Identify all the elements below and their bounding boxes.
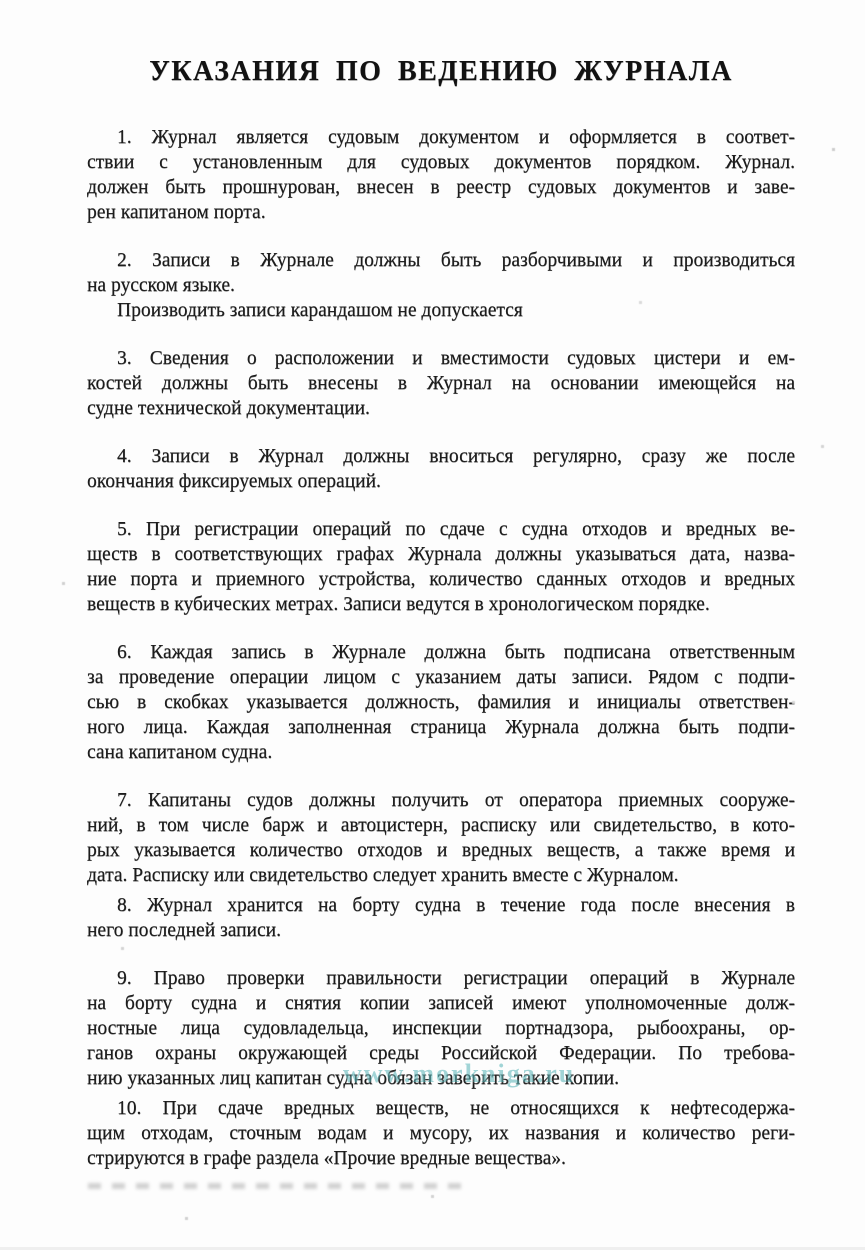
text-line: 8. Журнал хранится на борту судна в тече… bbox=[87, 893, 795, 918]
text-line: ществ в соответствующих графах Журнала д… bbox=[87, 542, 795, 567]
text-line: за проведение операции лицом с указанием… bbox=[87, 665, 795, 690]
paragraph: 8. Журнал хранится на борту судна в тече… bbox=[87, 893, 795, 943]
text-line: щим отходам, сточным водам и мусору, их … bbox=[87, 1121, 795, 1146]
text-line: 6. Каждая запись в Журнале должна быть п… bbox=[87, 640, 795, 665]
text-line: стрируются в графе раздела «Прочие вредн… bbox=[87, 1146, 795, 1171]
text-line: костей должны быть внесены в Журнал на о… bbox=[87, 371, 795, 396]
text-line: 1. Журнал является судовым документом и … bbox=[87, 125, 795, 150]
paragraph: 6. Каждая запись в Журнале должна быть п… bbox=[87, 640, 795, 765]
paragraph: 7. Капитаны судов должны получить от опе… bbox=[87, 788, 795, 888]
document-page: УКАЗАНИЯ ПО ВЕДЕНИЮ ЖУРНАЛА 1. Журнал яв… bbox=[0, 0, 865, 1250]
text-line: судне технической документации. bbox=[87, 396, 795, 421]
text-line: сана капитаном судна. bbox=[87, 740, 795, 765]
text-line: ного лица. Каждая заполненная страница Ж… bbox=[87, 715, 795, 740]
text-line: рен капитаном порта. bbox=[87, 200, 795, 225]
text-line: ганов охраны окружающей среды Российской… bbox=[87, 1041, 795, 1066]
text-line: ний, в том числе барж и автоцистерн, рас… bbox=[87, 813, 795, 838]
text-line: 2. Записи в Журнале должны быть разборчи… bbox=[87, 248, 795, 273]
bleed-through-smudge bbox=[88, 1183, 463, 1189]
text-line: 7. Капитаны судов должны получить от опе… bbox=[87, 788, 795, 813]
paragraph: 4. Записи в Журнал должны вноситься регу… bbox=[87, 444, 795, 494]
text-line: нию указанных лиц капитан судна обязан з… bbox=[87, 1066, 795, 1091]
text-line: рых указывается количество отходов и вре… bbox=[87, 838, 795, 863]
text-line: сью в скобках указывается должность, фам… bbox=[87, 690, 795, 715]
text-line: на русском языке. bbox=[87, 273, 795, 298]
text-line: 3. Сведения о расположении и вместимости… bbox=[87, 346, 795, 371]
text-line: 4. Записи в Журнал должны вноситься регу… bbox=[87, 444, 795, 469]
text-line: 10. При сдаче вредных веществ, не относя… bbox=[87, 1096, 795, 1121]
text-line: него последней записи. bbox=[87, 918, 795, 943]
document-content: УКАЗАНИЯ ПО ВЕДЕНИЮ ЖУРНАЛА 1. Журнал яв… bbox=[87, 56, 795, 1171]
scan-noise-specks bbox=[0, 0, 1, 1]
text-line: ностные лица судовладельца, инспекции по… bbox=[87, 1016, 795, 1041]
text-line: ствии с установленным для судовых докуме… bbox=[87, 150, 795, 175]
text-line: Производить записи карандашом не допуска… bbox=[87, 298, 795, 323]
paragraph: 5. При регистрации операций по сдаче с с… bbox=[87, 517, 795, 617]
paragraph: 1. Журнал является судовым документом и … bbox=[87, 125, 795, 225]
paragraph: 3. Сведения о расположении и вместимости… bbox=[87, 346, 795, 421]
text-line: 5. При регистрации операций по сдаче с с… bbox=[87, 517, 795, 542]
text-line: окончания фиксируемых операций. bbox=[87, 469, 795, 494]
paragraph: 9. Право проверки правильности регистрац… bbox=[87, 966, 795, 1091]
text-line: веществ в кубических метрах. Записи веду… bbox=[87, 592, 795, 617]
document-body: 1. Журнал является судовым документом и … bbox=[87, 125, 795, 1171]
text-line: 9. Право проверки правильности регистрац… bbox=[87, 966, 795, 991]
paragraph: 2. Записи в Журнале должны быть разборчи… bbox=[87, 248, 795, 323]
page-title: УКАЗАНИЯ ПО ВЕДЕНИЮ ЖУРНАЛА bbox=[87, 56, 795, 88]
text-line: ние порта и приемного устройства, количе… bbox=[87, 567, 795, 592]
text-line: дата. Расписку или свидетельство следует… bbox=[87, 863, 795, 888]
text-line: на борту судна и снятия копии записей им… bbox=[87, 991, 795, 1016]
paragraph: 10. При сдаче вредных веществ, не относя… bbox=[87, 1096, 795, 1171]
text-line: должен быть прошнурован, внесен в реестр… bbox=[87, 175, 795, 200]
